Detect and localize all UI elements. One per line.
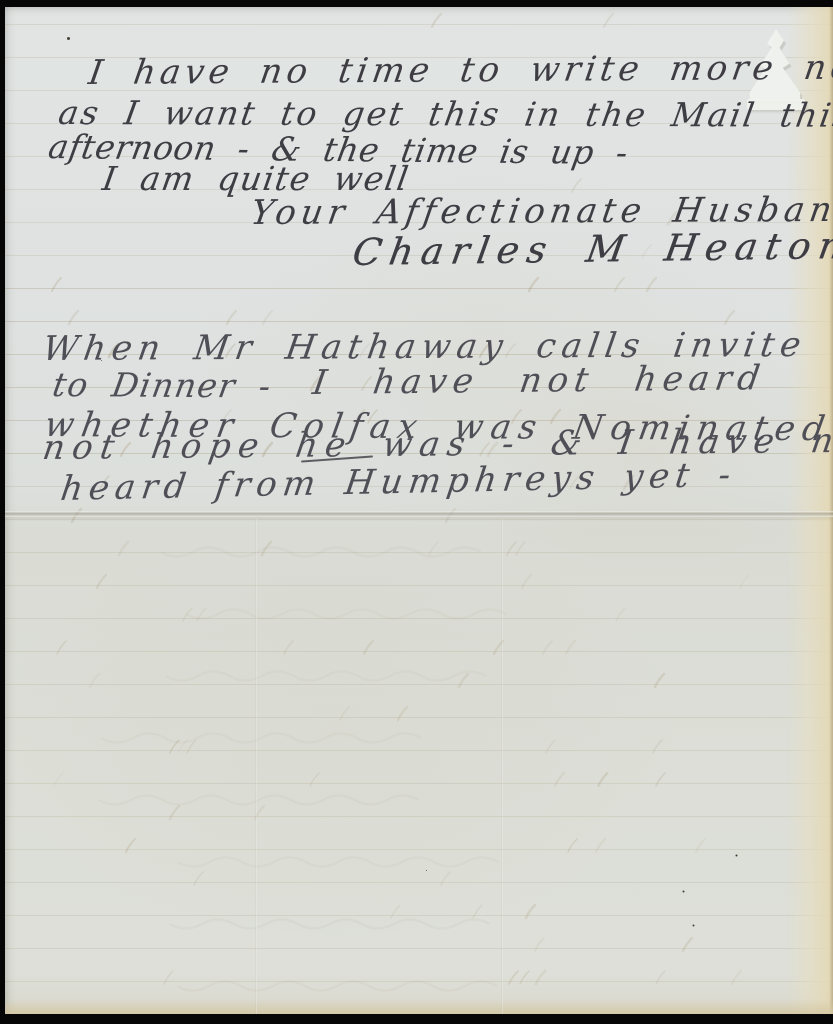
page-bottom-edge <box>5 999 833 1014</box>
postscript-line-2a: to Dinner - <box>50 365 275 406</box>
vertical-fold-crease-left <box>255 519 257 1014</box>
horizontal-fold-crease <box>5 511 833 517</box>
vertical-fold-crease-right <box>501 519 503 1014</box>
handwriting-body-line-1: I have no time to write more now <box>86 47 833 93</box>
handwriting-signature: Charles M Heaton. <box>350 224 833 274</box>
letter-paper: I have no time to write more now as I wa… <box>5 7 833 1014</box>
ink-specks <box>67 37 70 40</box>
postscript-line-2b: I have not heard <box>310 358 768 403</box>
scanned-letter-page: I have no time to write more now as I wa… <box>0 0 833 1024</box>
